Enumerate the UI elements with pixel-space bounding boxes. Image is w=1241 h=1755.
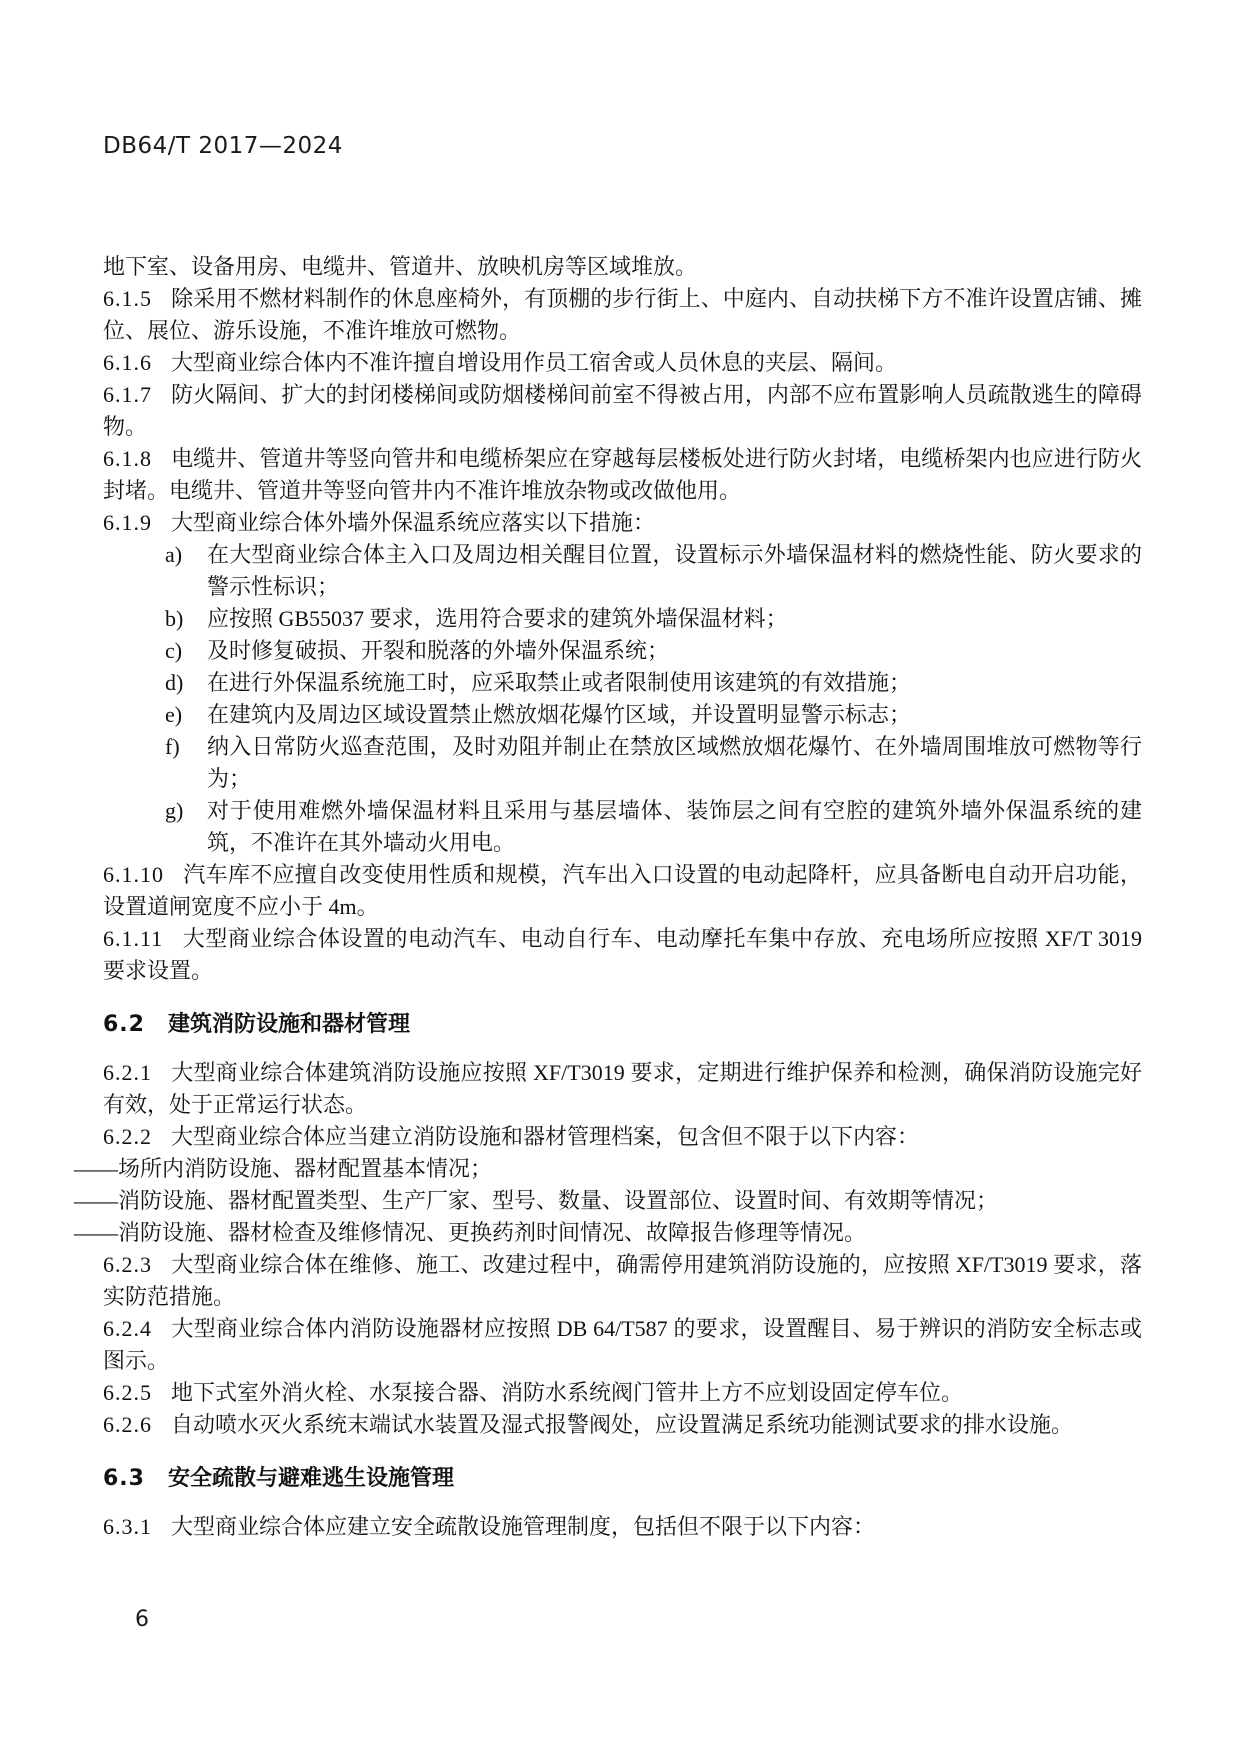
clause-text: 大型商业综合体建筑消防设施应按照 XF/T3019 要求，定期进行维护保养和检测… [103,1060,1142,1117]
letter-list-item: b)应按照 GB55037 要求，选用符合要求的建筑外墙保温材料； [165,603,1142,635]
letter-marker: f) [165,731,207,795]
letter-marker: a) [165,539,207,603]
dash-list-item: ——场所内消防设施、器材配置基本情况； [140,1153,1142,1185]
section-number: 6.3 [103,1466,168,1491]
clause-number: 6.2.1 [103,1060,171,1085]
section-title: 建筑消防设施和器材管理 [168,1012,410,1037]
letter-list-item: c)及时修复破损、开裂和脱落的外墙外保温系统； [165,635,1142,667]
clause-paragraph: 6.2.4大型商业综合体内消防设施器材应按照 DB 64/T587 的要求，设置… [103,1313,1142,1377]
clause-text: 大型商业综合体应建立安全疏散设施管理制度，包括但不限于以下内容： [171,1514,875,1539]
clause-paragraph: 6.1.5除采用不燃材料制作的休息座椅外，有顶棚的步行街上、中庭内、自动扶梯下方… [103,283,1142,347]
letter-item-text: 及时修复破损、开裂和脱落的外墙外保温系统； [207,635,1142,667]
clause-text: 除采用不燃材料制作的休息座椅外，有顶棚的步行街上、中庭内、自动扶梯下方不准许设置… [103,286,1142,343]
clause-paragraph: 6.1.6大型商业综合体内不准许擅自增设用作员工宿舍或人员休息的夹层、隔间。 [103,347,1142,379]
clause-paragraph: 6.1.10汽车库不应擅自改变使用性质和规模，汽车出入口设置的电动起降杆，应具备… [103,859,1142,923]
dash-list-item: ——消防设施、器材检查及维修情况、更换药剂时间情况、故障报告修理等情况。 [140,1217,1142,1249]
section-heading: 6.3安全疏散与避难逃生设施管理 [103,1463,1142,1495]
clause-paragraph: 6.1.7防火隔间、扩大的封闭楼梯间或防烟楼梯间前室不得被占用，内部不应布置影响… [103,379,1142,443]
clause-paragraph: 6.1.11大型商业综合体设置的电动汽车、电动自行车、电动摩托车集中存放、充电场… [103,923,1142,987]
section-number: 6.2 [103,1012,168,1037]
clause-paragraph: 6.3.1大型商业综合体应建立安全疏散设施管理制度，包括但不限于以下内容： [103,1511,1142,1543]
letter-list-item: a)在大型商业综合体主入口及周边相关醒目位置，设置标示外墙保温材料的燃烧性能、防… [165,539,1142,603]
letter-marker: d) [165,667,207,699]
clause-paragraph: 6.2.2大型商业综合体应当建立消防设施和器材管理档案，包含但不限于以下内容： [103,1121,1142,1153]
letter-marker: c) [165,635,207,667]
clause-number: 6.2.5 [103,1380,171,1405]
letter-item-text: 对于使用难燃外墙保温材料且采用与基层墙体、装饰层之间有空腔的建筑外墙外保温系统的… [207,795,1142,859]
clause-number: 6.1.6 [103,350,171,375]
clause-paragraph: 6.1.8电缆井、管道井等竖向管井和电缆桥架应在穿越每层楼板处进行防火封堵，电缆… [103,443,1142,507]
clause-paragraph: 6.1.9大型商业综合体外墙外保温系统应落实以下措施： [103,507,1142,539]
clause-number: 6.2.3 [103,1252,171,1277]
letter-list-item: g)对于使用难燃外墙保温材料且采用与基层墙体、装饰层之间有空腔的建筑外墙外保温系… [165,795,1142,859]
letter-list-item: d)在进行外保温系统施工时，应采取禁止或者限制使用该建筑的有效措施； [165,667,1142,699]
document-page: DB64/T 2017—2024 地下室、设备用房、电缆井、管道井、放映机房等区… [0,0,1241,1755]
clause-text: 防火隔间、扩大的封闭楼梯间或防烟楼梯间前室不得被占用，内部不应布置影响人员疏散逃… [103,382,1142,439]
clause-number: 6.1.11 [103,926,182,951]
standard-code-header: DB64/T 2017—2024 [103,133,343,159]
letter-item-text: 纳入日常防火巡查范围，及时劝阻并制止在禁放区域燃放烟花爆竹、在外墙周围堆放可燃物… [207,731,1142,795]
clause-text: 大型商业综合体在维修、施工、改建过程中，确需停用建筑消防设施的，应按照 XF/T… [103,1252,1142,1309]
clause-paragraph: 6.2.3大型商业综合体在维修、施工、改建过程中，确需停用建筑消防设施的，应按照… [103,1249,1142,1313]
continuation-paragraph: 地下室、设备用房、电缆井、管道井、放映机房等区域堆放。 [103,251,1142,283]
page-number: 6 [135,1607,149,1632]
letter-list-item: e)在建筑内及周边区域设置禁止燃放烟花爆竹区域，并设置明显警示标志； [165,699,1142,731]
letter-marker: b) [165,603,207,635]
letter-marker: e) [165,699,207,731]
letter-item-text: 在建筑内及周边区域设置禁止燃放烟花爆竹区域，并设置明显警示标志； [207,699,1142,731]
clause-number: 6.2.4 [103,1316,171,1341]
clause-text: 大型商业综合体内不准许擅自增设用作员工宿舍或人员休息的夹层、隔间。 [171,350,897,375]
clause-text: 地下式室外消火栓、水泵接合器、消防水系统阀门管井上方不应划设固定停车位。 [171,1380,963,1405]
clause-number: 6.1.7 [103,382,171,407]
document-body: 地下室、设备用房、电缆井、管道井、放映机房等区域堆放。6.1.5除采用不燃材料制… [103,251,1142,1543]
clause-number: 6.1.5 [103,286,171,311]
clause-text: 大型商业综合体应当建立消防设施和器材管理档案，包含但不限于以下内容： [171,1124,919,1149]
letter-item-text: 应按照 GB55037 要求，选用符合要求的建筑外墙保温材料； [207,603,1142,635]
clause-number: 6.1.10 [103,862,183,887]
clause-text: 电缆井、管道井等竖向管井和电缆桥架应在穿越每层楼板处进行防火封堵，电缆桥架内也应… [103,446,1142,503]
letter-list-item: f)纳入日常防火巡查范围，及时劝阻并制止在禁放区域燃放烟花爆竹、在外墙周围堆放可… [165,731,1142,795]
clause-text: 汽车库不应擅自改变使用性质和规模，汽车出入口设置的电动起降杆，应具备断电自动开启… [103,862,1142,919]
clause-number: 6.1.8 [103,446,171,471]
dash-list-item: ——消防设施、器材配置类型、生产厂家、型号、数量、设置部位、设置时间、有效期等情… [140,1185,1142,1217]
clause-text: 大型商业综合体外墙外保温系统应落实以下措施： [171,510,655,535]
clause-number: 6.2.6 [103,1412,171,1437]
clause-number: 6.1.9 [103,510,171,535]
letter-item-text: 在进行外保温系统施工时，应采取禁止或者限制使用该建筑的有效措施； [207,667,1142,699]
letter-marker: g) [165,795,207,859]
clause-text: 大型商业综合体内消防设施器材应按照 DB 64/T587 的要求，设置醒目、易于… [103,1316,1142,1373]
clause-paragraph: 6.2.1大型商业综合体建筑消防设施应按照 XF/T3019 要求，定期进行维护… [103,1057,1142,1121]
section-title: 安全疏散与避难逃生设施管理 [168,1466,454,1491]
clause-number: 6.2.2 [103,1124,171,1149]
letter-item-text: 在大型商业综合体主入口及周边相关醒目位置，设置标示外墙保温材料的燃烧性能、防火要… [207,539,1142,603]
clause-text: 大型商业综合体设置的电动汽车、电动自行车、电动摩托车集中存放、充电场所应按照 X… [103,926,1142,983]
clause-paragraph: 6.2.6自动喷水灭火系统末端试水装置及湿式报警阀处，应设置满足系统功能测试要求… [103,1409,1142,1441]
section-heading: 6.2建筑消防设施和器材管理 [103,1009,1142,1041]
clause-paragraph: 6.2.5地下式室外消火栓、水泵接合器、消防水系统阀门管井上方不应划设固定停车位… [103,1377,1142,1409]
clause-number: 6.3.1 [103,1514,171,1539]
clause-text: 自动喷水灭火系统末端试水装置及湿式报警阀处，应设置满足系统功能测试要求的排水设施… [171,1412,1073,1437]
